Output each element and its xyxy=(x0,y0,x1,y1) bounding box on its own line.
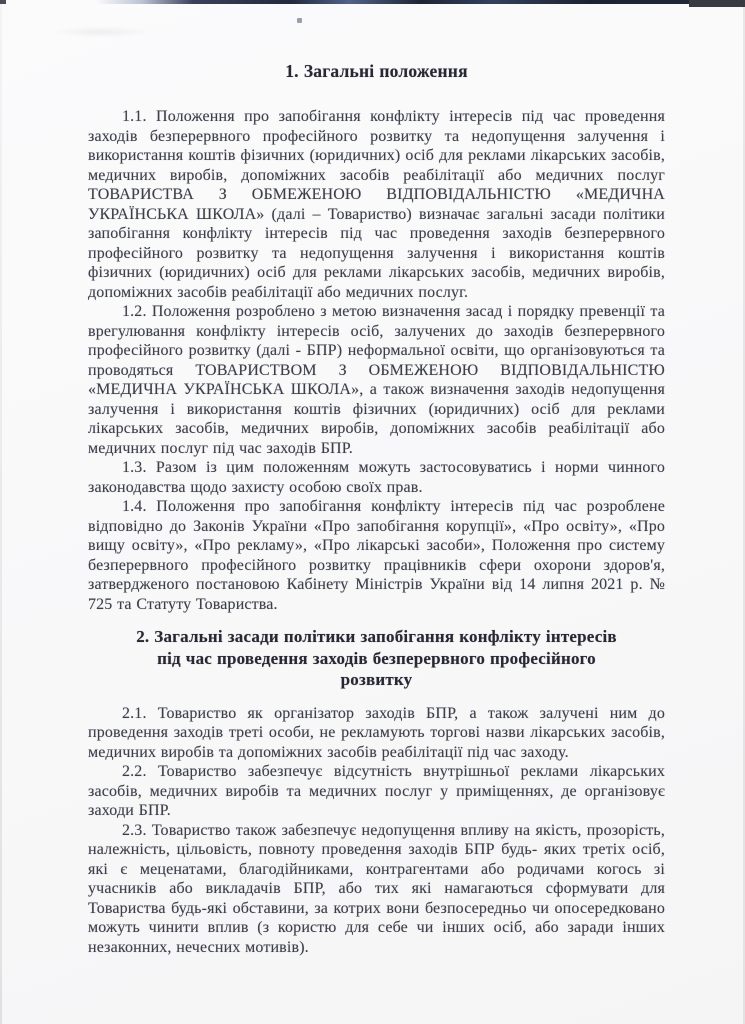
paragraph-1-2: 1.2. Положення розроблено з метою визнач… xyxy=(88,302,665,458)
section-2-heading: 2. Загальні засади політики запобігання … xyxy=(123,626,631,691)
scan-speck-artifact xyxy=(297,18,302,23)
paragraph-2-2: 2.2. Товариство забезпечує відсутність в… xyxy=(88,762,665,821)
paragraph-1-4: 1.4. Положення про запобігання конфлікту… xyxy=(88,497,665,614)
paragraph-1-3: 1.3. Разом із цим положенням можуть заст… xyxy=(88,458,665,497)
paragraph-2-3: 2.3. Товариство також забезпечує недопущ… xyxy=(88,821,665,958)
scan-smudge-artifact xyxy=(52,26,152,38)
paragraph-2-1: 2.1. Товариство як організатор заходів Б… xyxy=(88,704,665,763)
scanned-document-page: 1. Загальні положення 1.1. Положення про… xyxy=(0,0,745,1024)
document-text-block: 1. Загальні положення 1.1. Положення про… xyxy=(88,60,665,957)
scan-top-edge-artifact xyxy=(96,0,745,4)
paragraph-1-1: 1.1. Положення про запобігання конфлікту… xyxy=(88,107,665,302)
section-1-heading: 1. Загальні положення xyxy=(88,60,665,82)
scan-left-edge-artifact xyxy=(0,0,2,1024)
scan-top-right-corner-artifact xyxy=(689,0,745,7)
scan-top-left-corner-artifact xyxy=(0,0,6,4)
